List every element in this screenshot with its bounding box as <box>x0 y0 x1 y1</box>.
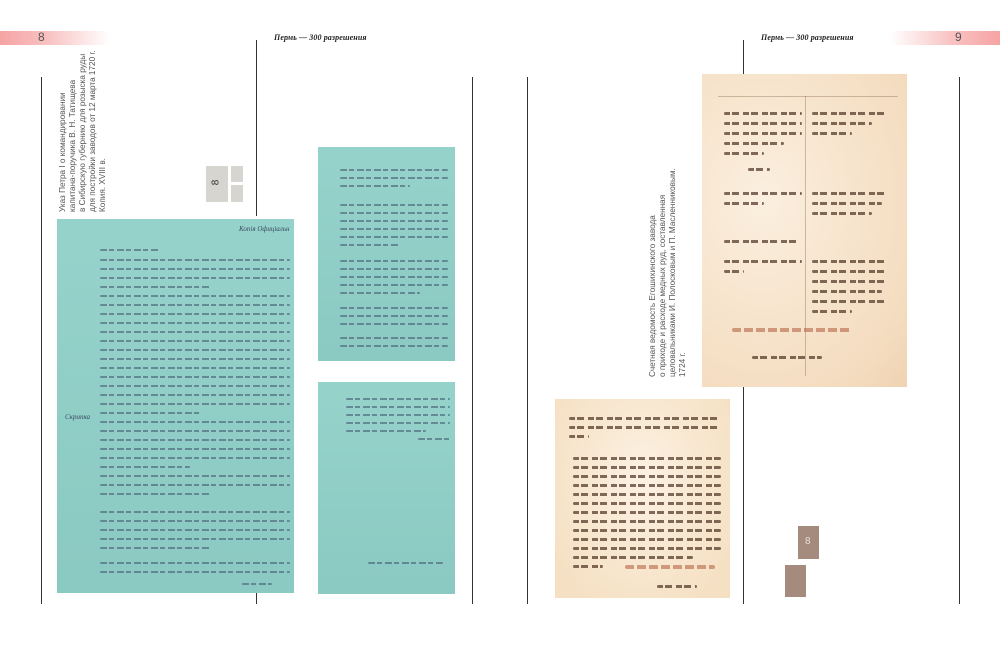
document-image-letter-sheet <box>555 399 730 598</box>
page-number-band-left <box>0 31 110 45</box>
page-number-right: 9 <box>955 30 962 44</box>
caption-line: для постройки заводов от 12 марта 1720 г… <box>88 50 98 212</box>
figure-thumbnail-secondary <box>785 565 806 597</box>
document-header-note: Копія Офиціальн <box>239 225 290 233</box>
page-number-band-right <box>890 31 1000 45</box>
column-rule <box>959 77 960 604</box>
running-head-left: Пермь — 300 разрешения <box>274 33 367 42</box>
column-rule <box>256 40 257 216</box>
caption-line: Указ Петра I о командировании <box>58 50 68 212</box>
page-number-left: 8 <box>38 30 45 44</box>
caption-line: капитана-поручика В. Н. Татищева <box>68 50 78 212</box>
column-rule <box>527 77 528 604</box>
running-head-right: Пермь — 300 разрешения <box>761 33 854 42</box>
column-rule <box>472 77 473 604</box>
caption-line: Копия. XVIII в. <box>98 50 108 212</box>
document-image-decree-page-2 <box>318 147 455 361</box>
column-rule <box>41 77 42 604</box>
caption-line: о приходе и расходе медных руд, составле… <box>658 168 668 377</box>
figure-thumbnail: 8 <box>206 166 228 202</box>
document-image-decree-page-1: Копія Офиціальн Скрипка <box>57 219 294 593</box>
figure-caption-right: Счетная ведомость Егошихинского завода о… <box>648 168 688 377</box>
document-margin-note: Скрипка <box>65 413 90 421</box>
book-spread: 8 Пермь — 300 разрешения 9 Пермь — 300 р… <box>0 0 1000 649</box>
document-image-ledger-sheet <box>702 74 907 387</box>
column-rule <box>743 387 744 604</box>
figure-number: 8 <box>805 536 811 547</box>
column-rule <box>743 40 744 74</box>
figure-thumbnail: 8 <box>798 526 819 559</box>
column-rule <box>256 592 257 604</box>
caption-line: Счетная ведомость Егошихинского завода <box>648 168 658 377</box>
caption-line: 1724 г. <box>678 168 688 377</box>
caption-line: в Сибирскую губернию для розыска руды <box>78 50 88 212</box>
figure-number: 8 <box>210 180 221 186</box>
figure-thumbnail-small <box>231 166 243 182</box>
figure-caption-left: Указ Петра I о командировании капитана-п… <box>58 50 108 212</box>
caption-line: целовальниками И. Полосковым и П. Маслен… <box>668 168 678 377</box>
figure-thumbnail-small <box>231 185 243 202</box>
document-image-decree-page-3 <box>318 382 455 594</box>
